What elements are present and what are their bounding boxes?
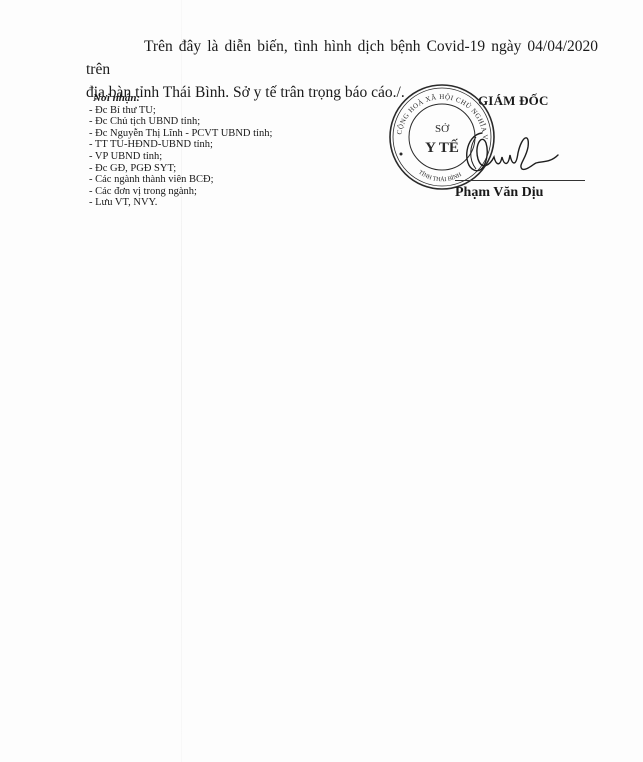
recipient-item: - Đc Bí thư TU; [89,105,272,117]
recipient-item: - TT TU-HĐND-UBND tỉnh; [89,139,272,151]
recipient-item: - Lưu VT, NVY. [89,197,272,209]
recipient-item: - VP UBND tỉnh; [89,151,272,163]
signature-underline [455,180,585,181]
recipient-item: - Đc Nguyễn Thị Lĩnh - PCVT UBND tỉnh; [89,128,272,140]
stamp-center-line-1: SỞ [435,123,450,135]
recipients-title: Nơi nhận: [93,93,272,105]
recipient-item: - Các ngành thành viên BCĐ; [89,174,272,186]
svg-text:TỈNH THÁI BÌNH: TỈNH THÁI BÌNH [417,170,463,184]
recipient-item: - Đc Chủ tịch UBND tỉnh; [89,116,272,128]
stamp-ring-bottom-text: TỈNH THÁI BÌNH [417,170,463,184]
stamp-center-line-2: Y TẾ [425,139,459,156]
closing-paragraph-line-1: Trên đây là diễn biến, tình hình dịch bệ… [86,35,598,81]
signer-name: Phạm Văn Dịu [455,185,543,201]
recipient-item: - Đc GĐ, PGĐ SYT; [89,163,272,175]
handwritten-signature-icon [460,125,570,180]
recipient-item: - Các đơn vị trong ngành; [89,186,272,198]
recipients-list: Nơi nhận: - Đc Bí thư TU; - Đc Chủ tịch … [89,93,272,209]
